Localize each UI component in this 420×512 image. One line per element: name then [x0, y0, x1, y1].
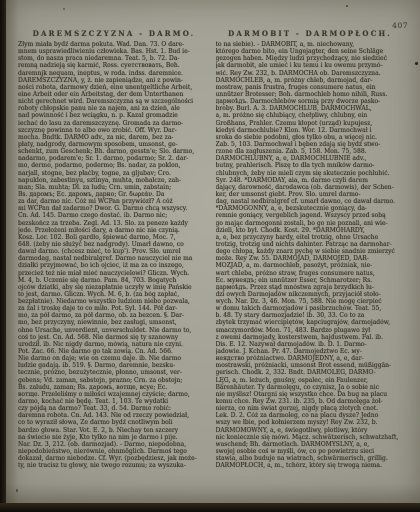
running-head-right-cell: DARMOBIT - DARMOPŁOCH. 407 [212, 21, 408, 40]
text-line: urodził. ib. Nic nigdy darmo, mówią, nat… [18, 341, 209, 348]
text-line: DARMOCHLEB, a, m. próżny chleb, darmojad… [216, 77, 407, 84]
text-line: Syr. 248. *DARMODAY, aia, m. darmo czyli… [216, 177, 407, 184]
text-line: DARMOCHLUBNY, a, e, DARMOCHLUBNIE adv., [216, 155, 407, 162]
text-line: remnie goniący, vergeblich jagend. Wszys… [216, 212, 407, 219]
text-line: dający, darowność, darodawca (ob. darmow… [216, 184, 407, 191]
text-line: wić. Rey Zw. 232, b. DARMOCHA ob. Darems… [216, 70, 407, 77]
text-line: jadowie. J. Kchan. Pr. 47. Darmojedztwo … [216, 348, 407, 355]
page-paper: DAREMSZCZYZNA - DARMO. DARMOBIT - DARMOP… [6, 0, 420, 503]
text-line: smaczymordów. Mon. 71, 483. Bardzo pluga… [216, 327, 407, 334]
text-line: to na siebie). - DARMOBIT, a, m. niechow… [216, 41, 407, 48]
ink-speck [415, 62, 418, 65]
text-line: дармоѣдъ. Przez stąd mnóstwa zgraja brzy… [216, 284, 407, 291]
text-line: jak darmobit, ale umieć i ku temu i ku o… [216, 62, 407, 69]
text-line: a, e, bez przyczyny hardy, eitel trotzig… [216, 234, 407, 241]
text-column-right: to na siebie). - DARMOBIT, a, m. niechow… [216, 41, 407, 473]
text-line: b. 48. Ty stary darmozjadzie! ib. 30, 33… [216, 312, 407, 319]
text-line: Bs. zaludu, zaman; Rs. даромъ, вотще, вс… [18, 384, 209, 391]
text-line: sroka do siebie podobni, głos tylko obu,… [216, 134, 407, 141]
text-line: ohne Ursache, unverdient, unverschuldet.… [18, 327, 209, 334]
text-line: waschend; Bh. darmotlach. DARMOMYSLNY, a… [216, 441, 407, 448]
text-line: szczyznę powinna to albo owo zrobić. Off… [18, 127, 209, 134]
text-line: dokazał, darmo niebodze. Cf. Wyr. (pozbę… [18, 455, 209, 462]
text-line: napuklon, zabestinyu, sztinya, muhta, mo… [18, 177, 209, 184]
text-line: Ec. мунеядъ; ein unnützer Esser, Schmaro… [216, 277, 407, 284]
text-line: nie myślisz! Otargni się wszystko chce. … [216, 391, 407, 398]
text-line: z owemi darmojady, kosterstwem, hajdustw… [216, 334, 407, 341]
text-line: неядство próżniactwo. DARMOJEDNY, a, e, … [216, 355, 407, 362]
text-line: mnem usprawiedliwieniu człowieka. Bas. H… [18, 48, 209, 55]
text-line: czy pójdą na darmo? Teat. 33, d. 54. Dar… [18, 405, 209, 412]
text-column-left: Złym miała bydź darma pokuta. Wad. Dan. … [18, 41, 209, 473]
text-line: stawia, albo buduje na wiatrach, schwärm… [216, 455, 407, 462]
text-line: daremna robota. Cn. Ad. 143. Nie od rzec… [18, 412, 209, 419]
text-line: wych. Nar. Dz. 3, 46. Mon. 75, 588. Nie … [216, 298, 407, 305]
text-line: Dis. E. 12. Nazywał darmojadów. ib. D. 1… [216, 341, 407, 348]
text-line: mo, bez przyczyny, niewinnie, bez zasług… [18, 319, 209, 326]
running-head-right: DARMOBIT - DARMOPŁOCH. [228, 29, 392, 38]
page-edge-left [0, 0, 6, 512]
text-line: gebens; Vd. zaman, sabstojn, prazno; Crn… [18, 377, 209, 384]
text-line: bardzo głowa. Star. Vot. E. 2, b. Niecha… [18, 427, 209, 434]
text-line: butny, prahlerisch. Piszę to dla tych mn… [216, 162, 407, 169]
text-line: za dar, darmo nic. Cóż mi WCPan przywióz… [18, 198, 209, 205]
text-line: w domu takich darmozjadów i pasibrzuchów… [216, 305, 407, 312]
text-line: niepodobieństwo, nierównie, ohnmöglich. … [18, 448, 209, 455]
running-head-left: DAREMSZCZYZNA - DARMO. [33, 29, 196, 38]
text-line: nicht gerechnet wird. Daremszczyzna są w… [18, 98, 209, 105]
text-line: gezogen haben. Między ludzi przychodzący… [216, 55, 407, 62]
scanned-book-page: { "page": { "number": "407", "running_he… [0, 0, 420, 512]
text-line: którego darmo bito, ein Ungejagter, den … [216, 48, 407, 55]
text-line: dzi owych Darmojadów nikczemnych, przyja… [216, 291, 407, 298]
text-line: gerisch. Chodk. 2, 332. Bndt. DARMOLEG, … [216, 369, 407, 376]
text-line: darmo, kochać nie będę. Teat. 1, 103. Te… [18, 398, 209, 405]
text-line: tecznie, próżno, bezużytecznie, płonno, … [18, 369, 209, 376]
text-line: дармоѣдъ. Darmochlebów sormią przy dworz… [216, 98, 407, 105]
page-edge-bottom [0, 503, 420, 512]
text-line: mocha. Bndtk. DARMO adv., za nic, darem,… [18, 134, 209, 141]
text-line: DARMOMOWNY, a, e, świegotliwy, plotliwy,… [216, 427, 407, 434]
text-line: dag, nastal nedbiralgref cf. umarł dawno… [216, 198, 407, 205]
text-line: 648. (żeby nie służyć bez nadgrody). Uma… [18, 241, 209, 248]
text-line: może. Rey Zw. 55. DARMOJAD, DARMOJED, DA… [216, 255, 407, 262]
text-line: Lek. D. 2. Cóż za darmoleg, co na placu … [216, 412, 407, 419]
text-line: dego chłopa, każdy znarz pychę w siebie … [216, 248, 407, 255]
ink-speck [346, 5, 348, 7]
text-line: stom, do nasza praca niedaremna. Teat. 5… [18, 55, 209, 62]
text-line: Nie darmo on daje; wie on czemu daje. ib… [18, 355, 209, 362]
text-line: eine Arbeit oder ein Arbeitstag, der dem… [18, 91, 209, 98]
text-line: ludzie gadają. ib. 519. §. Darmo, daremn… [18, 362, 209, 369]
ink-speck [63, 8, 65, 10]
text-line: go mając darmogonni zostali, bo go nie p… [216, 220, 407, 227]
text-line: nierza, co nim świat gorzej, nigdy płacą… [216, 405, 407, 412]
text-line: Pot. Zac. 66. Nie darmo go tak zowią. Cn… [18, 348, 209, 355]
running-head-left-cell: DAREMSZCZYZNA - DARMO. [16, 21, 212, 40]
text-line: na świecie nie żyje, Kto tylko na nim je… [18, 434, 209, 441]
text-line: mostraw, panis frustra, fruges consumere… [216, 84, 407, 91]
text-line: MOZJAD, a, m. darmochleb, pasożyt, próżn… [216, 262, 407, 269]
text-line: kiedyś darmochlubie? Klon. Wor. 12. Darm… [216, 127, 407, 134]
text-line: ty, nie tracisz tu głowy, nie twego rozu… [18, 462, 209, 469]
text-line: komu chce. Rey Zw. 231. ib. 235, b. Od d… [216, 398, 407, 405]
text-line: to jest, darmo. Gliczn. Wych. M. 6, b. (… [18, 291, 209, 298]
text-line: chlubnych, żeby nie mieli czym się skute… [216, 170, 407, 177]
text-line: iechać do lasu za daremszczyznę. Gromada… [18, 120, 209, 127]
text-line: rzone dla zagłuszenia. Zab. 5, 158. Mon.… [216, 148, 407, 155]
text-line: dawał darmo. (chcesz mieć, to kup'). Pro… [18, 248, 209, 255]
text-line: broby. Burl. A. 3. DARMOCHLUB, DARMOCHWA… [216, 105, 407, 112]
text-line: coś to jest. Cn. Ad. 568. Nie darmoś się… [18, 334, 209, 341]
text-line: nadarmo, podarem'e; Sr. 1. darmo, podarm… [18, 155, 209, 162]
text-line: ker, der umsonst giebt. Prov. Slo. umrel… [216, 191, 407, 198]
text-line: za żal i troskę daje to co miło. Pot. Sy… [18, 305, 209, 312]
text-line: działki przyjmować, bo ich ojciec, iż ma… [18, 262, 209, 269]
text-line: wszy we łbie, pod kołnierzem myszy! Rey … [216, 419, 407, 426]
text-line: trotzig, trotzig und nichts dahinter. Pa… [216, 241, 407, 248]
running-head-row: DAREMSZCZYZNA - DARMO. DARMOBIT - DARMOP… [16, 21, 408, 40]
text-line: co to wyraził słowa, Że darmo bydź cnotl… [18, 419, 209, 426]
text-line: Nar. Dz. 3, 212. (ob. darmozjad). - Darm… [18, 441, 209, 448]
text-line: nad powinność i bez wciągku, n. p. Kazał… [18, 112, 209, 119]
text-line: dzieli, kto był. Chodk. Kost. 29. *DARMO… [216, 227, 407, 234]
text-line: DAREMSZCZYZNA, y, ż. nie zapieniądze, an… [18, 77, 209, 84]
text-line: Bs. даромъ; Ec. даромъ, дарно; Gr. δωρεά… [18, 191, 209, 198]
text-line: płaty, nadgrody, darmowym sposobem, umso… [18, 141, 209, 148]
text-line: Kosz. Lor. 102. Boli gardło, śpiewać dar… [18, 234, 209, 241]
text-line: Cn. Ad. 145. Darmo czego dostać. ib. Dar… [18, 212, 209, 219]
text-line: a, m. próżno się chlubiący, chełpliwy, c… [216, 112, 407, 119]
text-line: zbytek trzymać wiercipiętów, kapciugrajó… [216, 319, 407, 326]
text-line: mo, dermo, podarmo, podermo; Bs. nadar, … [18, 162, 209, 169]
text-line: ności robota, darmowy dzień, eine unentg… [18, 84, 209, 91]
page-number: 407 [392, 21, 408, 30]
text-line: remną nadzieją się karmić, Ross. суетств… [18, 62, 209, 69]
text-line: nic koniecznie się mówi. Mącz. schwätzer… [216, 434, 407, 441]
text-line: Zab. 5, 103. Darmochwał i bęben zdają si… [216, 141, 407, 148]
text-line: DARMOPŁOCH, a, m., tchórz, który się trw… [216, 462, 407, 469]
text-line: darmodag, nastal nedbiralgref. Darmo nau… [18, 255, 209, 262]
text-line: mo, za pół darmo, za pół darmo, ob. za b… [18, 312, 209, 319]
text-line: man; Sla. muhta; Dl. za ludu; Crn. umin,… [18, 184, 209, 191]
text-columns: Złym miała bydź darma pokuta. Wad. Dan. … [18, 41, 406, 473]
text-line: вотще. Przeleliśmy o miłości wzajemnej c… [18, 391, 209, 398]
text-line: M. 4, b. Uczenie się darmo. Pam. 84, 703… [18, 277, 209, 284]
text-line: Bärenhäuter. Ty darmolęgu, co czynisz, J… [216, 384, 407, 391]
text-line: mi WCPan dał zadarmo? Dwor. G. Darmo chc… [18, 205, 209, 212]
text-line: Großhans, Prahler. Czemu kłopot (urząd) … [216, 120, 407, 127]
text-line: bezpłatnie). Niedarmo wszystko ludziom n… [18, 298, 209, 305]
ink-speck [16, 489, 18, 492]
text-line: Złym miała bydź darma pokuta. Wad. Dan. … [18, 41, 209, 48]
text-line: mostrawski, próżniacki, umsonst Brot ess… [216, 362, 407, 369]
text-line: unnützer Brotesser; Boh. darmochleb homo… [216, 91, 407, 98]
text-line: jede. Przełożeni miłości dary, a darmo n… [18, 227, 209, 234]
text-line: daremnjk nequam, ineptus, w roda. indss.… [18, 70, 209, 77]
text-line: narjall, stogne, bez płaćby, togne, za g… [18, 170, 209, 177]
text-line: ojców dziatki, aby się niezapłatnie uczy… [18, 284, 209, 291]
text-line: przecież też nie miał mieć nauczycielowi… [18, 270, 209, 277]
text-line: LĘG, a, m. leżuch, gnuśny, ospalec, ein … [216, 377, 407, 384]
text-line: *DARMOGONNY, a, e, bezskutecznie goniący… [216, 205, 407, 212]
text-line: roboty chłopskie panu nie za najem, ani … [18, 105, 209, 112]
text-line: wart chleba, próżno straw, fruges consum… [216, 270, 407, 277]
text-line: bezskończ za trzeba. Zegl. Ad. 13. Slo. … [18, 220, 209, 227]
text-line: swojej osobie coś w myśli, ów, co po pow… [216, 448, 407, 455]
text-line: schenkt, zum Geschenk; Bh. darmo, gesstn… [18, 148, 209, 155]
